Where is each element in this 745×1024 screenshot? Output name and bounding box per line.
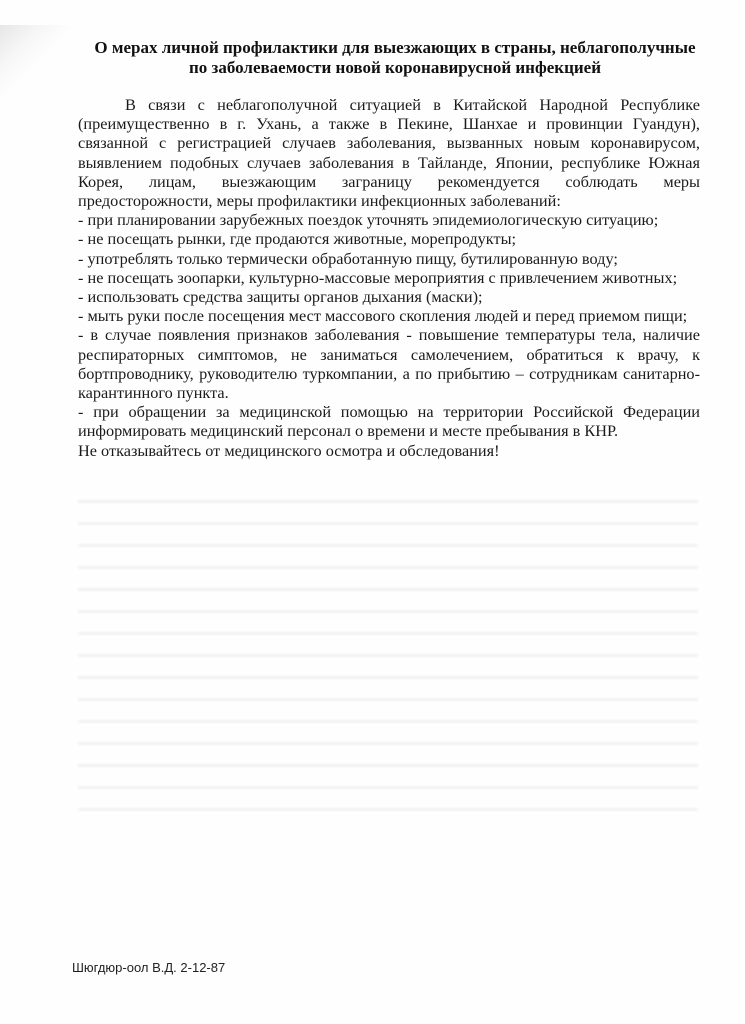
title-line-1: О мерах личной профилактики для выезжающ…: [70, 38, 720, 58]
document-title: О мерах личной профилактики для выезжающ…: [70, 38, 720, 78]
bleed-through-text: [78, 500, 698, 820]
document-body: В связи с неблагополучной ситуацией в Ки…: [78, 95, 700, 460]
list-item: - мыть руки после посещения мест массово…: [78, 306, 700, 325]
scanned-page: О мерах личной профилактики для выезжающ…: [0, 0, 745, 1024]
list-item: - не посещать рынки, где продаются живот…: [78, 229, 700, 248]
list-item: - в случае появления признаков заболеван…: [78, 325, 700, 402]
title-line-2: по заболеваемости новой коронавирусной и…: [70, 58, 720, 78]
intro-paragraph: В связи с неблагополучной ситуацией в Ки…: [78, 95, 700, 210]
list-item: - употреблять только термически обработа…: [78, 249, 700, 268]
author-contact: Шюгдюр-оол В.Д. 2-12-87: [72, 960, 225, 975]
list-item: - при планировании зарубежных поездок ут…: [78, 210, 700, 229]
list-item: - не посещать зоопарки, культурно-массов…: [78, 268, 700, 287]
page-fold-corner: [0, 25, 70, 95]
closing-line: Не отказывайтесь от медицинского осмотра…: [78, 441, 700, 460]
list-item: - использовать средства защиты органов д…: [78, 287, 700, 306]
list-item: - при обращении за медицинской помощью н…: [78, 402, 700, 440]
